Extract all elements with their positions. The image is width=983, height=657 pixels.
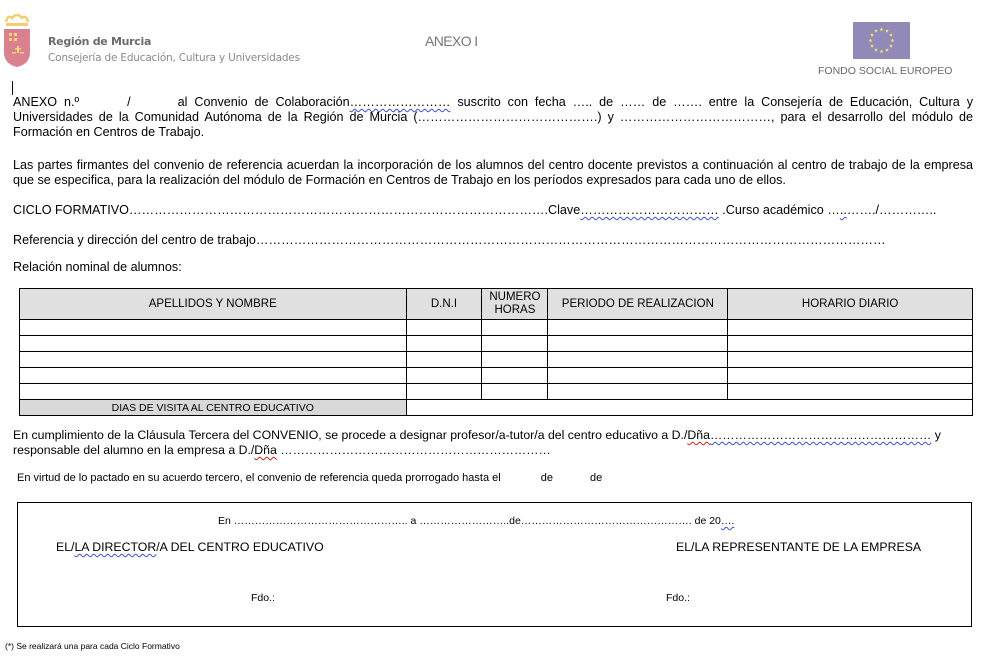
table-cell[interactable] xyxy=(728,336,973,352)
table-cell[interactable] xyxy=(548,320,728,336)
table-cell[interactable] xyxy=(406,336,482,352)
director-suffix: /A DEL CENTRO EDUCATIVO xyxy=(156,540,323,554)
students-table: APELLIDOS Y NOMBRE D.N.I NUMERO HORAS PE… xyxy=(19,288,973,416)
table-row xyxy=(20,336,973,352)
table-row xyxy=(20,320,973,336)
col-header-name: APELLIDOS Y NOMBRE xyxy=(20,289,407,320)
company-signature[interactable]: Fdo.: xyxy=(666,592,690,604)
table-cell[interactable] xyxy=(548,352,728,368)
ciclo-blank[interactable]: ………………………………………………………………………………………. xyxy=(129,203,548,217)
director-signature[interactable]: Fdo.: xyxy=(251,592,275,604)
table-cell[interactable] xyxy=(482,320,548,336)
curso-blank-b[interactable]: .. xyxy=(840,203,847,217)
table-row xyxy=(20,368,973,384)
col-header-hours: NUMERO HORAS xyxy=(482,289,548,320)
tutor-company-text: responsable del alumno en la empresa a D… xyxy=(13,443,254,457)
table-cell[interactable] xyxy=(482,368,548,384)
place-date-line[interactable]: En ………………………………………….. a ……………………..de…………… xyxy=(218,515,734,527)
signature-box: En ………………………………………….. a ……………………..de…………… xyxy=(17,502,972,627)
ciclo-formativo-line[interactable]: CICLO FORMATIVO…………………………………………………………………… xyxy=(13,203,936,217)
table-cell[interactable] xyxy=(20,384,407,400)
extension-sentence: En virtud de lo pactado en su acuerdo te… xyxy=(17,472,501,484)
document-title: ANEXO I xyxy=(425,33,478,49)
tutor-text: En cumplimiento de la Cláusula Tercera d… xyxy=(13,428,687,442)
table-row xyxy=(20,384,973,400)
director-prefix: EL/ xyxy=(56,540,74,554)
table-cell[interactable] xyxy=(548,368,728,384)
table-cell[interactable] xyxy=(728,352,973,368)
col-header-period: PERIODO DE REALIZACION xyxy=(548,289,728,320)
tutor-dna-1: Dña xyxy=(687,428,710,442)
curso-blank-c[interactable]: ……./………….. xyxy=(847,203,937,217)
relacion-label: Relación nominal de alumnos: xyxy=(13,260,182,274)
year-blank[interactable]: …. xyxy=(721,515,734,527)
tutor-paragraph[interactable]: En cumplimiento de la Cláusula Tercera d… xyxy=(13,428,979,458)
curso-label: .Curso académico xyxy=(722,203,824,217)
visit-days-row: DIAS DE VISITA AL CENTRO EDUCATIVO xyxy=(20,400,973,416)
place-date-text: En ………………………………………….. a ……………………..de…………… xyxy=(218,515,721,527)
table-cell[interactable] xyxy=(406,320,482,336)
extension-text: En virtud de lo pactado en su acuerdo te… xyxy=(17,472,602,484)
table-cell[interactable] xyxy=(20,320,407,336)
table-cell[interactable] xyxy=(482,384,548,400)
tutor-and: y xyxy=(931,428,941,442)
extension-de-1: de xyxy=(541,472,553,484)
convenio-blank[interactable]: …………………… xyxy=(350,95,451,109)
table-cell[interactable] xyxy=(482,352,548,368)
referencia-blank[interactable]: …………………………………………………………………………………………………………… xyxy=(256,233,886,247)
table-cell[interactable] xyxy=(406,384,482,400)
table-cell[interactable] xyxy=(406,368,482,384)
referencia-label: Referencia y dirección del centro de tra… xyxy=(13,233,256,247)
table-cell[interactable] xyxy=(548,336,728,352)
extension-de-2: de xyxy=(590,472,602,484)
table-cell[interactable] xyxy=(20,352,407,368)
curso-blank-a[interactable]: … xyxy=(827,203,840,217)
table-cell[interactable] xyxy=(482,336,548,352)
annex-label: ANEXO n.º xyxy=(13,95,79,109)
footnote: (*) Se realizará una para cada Ciclo For… xyxy=(5,641,180,651)
tutor-dna-2: Dña xyxy=(254,443,277,457)
region-name: Región de Murcia xyxy=(48,35,151,48)
company-role: EL/LA REPRESENTANTE DE LA EMPRESA xyxy=(676,540,921,554)
eu-flag-icon xyxy=(853,22,910,59)
director-squig: LA DIRECTOR xyxy=(74,540,156,554)
tutor-teacher-blank[interactable]: ……………………………………………… xyxy=(710,428,931,442)
table-row xyxy=(20,352,973,368)
agreement-paragraph: Las partes firmantes del convenio de ref… xyxy=(13,158,973,188)
table-cell[interactable] xyxy=(728,368,973,384)
intro-paragraph[interactable]: ANEXO n.º/al Convenio de Colaboración………… xyxy=(13,95,973,140)
tutor-company-blank[interactable]: ………………………………………………………… xyxy=(277,443,551,457)
col-header-dni: D.N.I xyxy=(406,289,482,320)
murcia-crest-icon xyxy=(2,12,32,68)
ciclo-label: CICLO FORMATIVO xyxy=(13,203,129,217)
department-name: Consejería de Educación, Cultura y Unive… xyxy=(48,52,300,64)
referencia-line[interactable]: Referencia y dirección del centro de tra… xyxy=(13,233,886,247)
table-cell[interactable] xyxy=(548,384,728,400)
visit-days-label: DIAS DE VISITA AL CENTRO EDUCATIVO xyxy=(20,400,407,416)
text-cursor xyxy=(12,81,13,95)
table-cell[interactable] xyxy=(20,368,407,384)
table-cell[interactable] xyxy=(406,352,482,368)
annex-separator: / xyxy=(127,95,131,109)
col-header-schedule: HORARIO DIARIO xyxy=(728,289,973,320)
table-header-row: APELLIDOS Y NOMBRE D.N.I NUMERO HORAS PE… xyxy=(20,289,973,320)
table-cell[interactable] xyxy=(20,336,407,352)
convenio-label: al Convenio de Colaboración xyxy=(178,95,350,109)
table-cell[interactable] xyxy=(728,384,973,400)
clave-blank[interactable]: …………………………… xyxy=(580,203,719,217)
director-role: EL/LA DIRECTOR/A DEL CENTRO EDUCATIVO xyxy=(56,540,324,554)
intro-rest: suscrito con fecha ….. de …… de ……. entr… xyxy=(13,95,973,139)
eu-fund-label: FONDO SOCIAL EUROPEO xyxy=(818,65,952,77)
clave-label: Clave xyxy=(548,203,580,217)
visit-days-cell[interactable] xyxy=(406,400,972,416)
table-cell[interactable] xyxy=(728,320,973,336)
